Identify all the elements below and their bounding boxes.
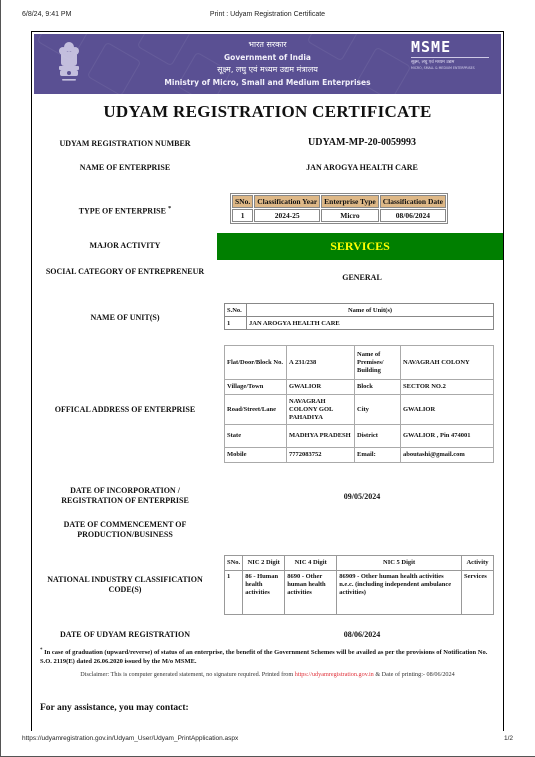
table-cell: 1 xyxy=(232,209,253,222)
print-url: https://udyamregistration.gov.in/Udyam_U… xyxy=(22,735,238,742)
field-label: Mobile xyxy=(225,448,287,463)
disclaimer-prefix: Disclaimer: This is computer generated s… xyxy=(80,671,295,678)
table-row: 1 2024-25 Micro 08/06/2024 xyxy=(232,209,446,222)
enterprise-type-table: SNo. Classification Year Enterprise Type… xyxy=(230,193,448,224)
field-value: A 231/238 xyxy=(287,346,355,380)
ministry-banner: भारत सरकार Government of India सूक्ष्म, … xyxy=(34,34,501,94)
field-label: Village/Town xyxy=(225,380,287,395)
column-header: SNo. xyxy=(232,195,253,208)
table-cell: Services xyxy=(462,571,494,615)
udyam-portal-link[interactable]: https://udyamregistration.gov.in xyxy=(295,671,374,678)
table-cell: 08/06/2024 xyxy=(380,209,446,222)
field-label: Road/Street/Lane xyxy=(225,395,287,425)
english-ministry: Ministry of Micro, Small and Medium Ente… xyxy=(34,77,501,90)
table-cell: 2024-25 xyxy=(254,209,320,222)
table-cell: 86 - Human health activities xyxy=(243,571,285,615)
table-header-row: SNo. Classification Year Enterprise Type… xyxy=(232,195,446,208)
table-row: 1 JAN AROGYA HEALTH CARE xyxy=(225,317,494,330)
print-footer: https://udyamregistration.gov.in/Udyam_U… xyxy=(22,735,513,747)
column-header: Activity xyxy=(462,556,494,571)
table-cell: 86909 - Other human health activities n.… xyxy=(337,571,462,615)
table-header-row: SNo. NIC 2 Digit NIC 4 Digit NIC 5 Digit… xyxy=(225,556,494,571)
table-cell: JAN AROGYA HEALTH CARE xyxy=(247,317,494,330)
graduation-note: * In case of graduation (upward/reverse)… xyxy=(40,646,495,666)
registration-number-value: UDYAM-MP-20-0059993 xyxy=(232,137,492,148)
table-cell: 1 xyxy=(225,571,243,615)
field-value: GWALIOR xyxy=(401,395,494,425)
field-label: City xyxy=(355,395,401,425)
field-value: SECTOR NO.2 xyxy=(401,380,494,395)
udyam-registration-date-label: DATE OF UDYAM REGISTRATION xyxy=(40,630,210,640)
udyam-registration-date-value: 08/06/2024 xyxy=(232,630,492,639)
column-header: NIC 4 Digit xyxy=(285,556,337,571)
units-table: S.No. Name of Unit(s) 1 JAN AROGYA HEALT… xyxy=(224,303,494,330)
assistance-heading: For any assistance, you may contact: xyxy=(40,703,189,713)
table-row: State MADHYA PRADESH District GWALIOR , … xyxy=(225,425,494,448)
column-header: Enterprise Type xyxy=(321,195,379,208)
table-row: Village/Town GWALIOR Block SECTOR NO.2 xyxy=(225,380,494,395)
table-row: Road/Street/Lane NAVAGRAH COLONY GOL PAH… xyxy=(225,395,494,425)
field-label: District xyxy=(355,425,401,448)
social-category-value: GENERAL xyxy=(232,273,492,282)
enterprise-name-value: JAN AROGYA HEALTH CARE xyxy=(232,163,492,172)
logo-divider xyxy=(411,57,489,58)
note-text: In case of graduation (upward/reverse) o… xyxy=(40,649,487,665)
table-row: 1 86 - Human health activities 8690 - Ot… xyxy=(225,571,494,615)
commencement-date-label: DATE OF COMMENCEMENT OF PRODUCTION/BUSIN… xyxy=(40,520,210,540)
asterisk: * xyxy=(168,205,171,212)
field-value: NAVAGRAH COLONY xyxy=(401,346,494,380)
column-header: NIC 5 Digit xyxy=(337,556,462,571)
page-number: 1/2 xyxy=(504,735,513,742)
major-activity-value: SERVICES xyxy=(217,233,503,260)
field-value: 7772083752 xyxy=(287,448,355,463)
registration-number-label: UDYAM REGISTRATION NUMBER xyxy=(40,139,210,149)
field-value: GWALIOR , Pin 474001 xyxy=(401,425,494,448)
table-row: Mobile 7772083752 Email: aboutashi@gmail… xyxy=(225,448,494,463)
field-label: Block xyxy=(355,380,401,395)
units-label: NAME OF UNIT(S) xyxy=(40,313,210,323)
address-label: OFFICAL ADDRESS OF ENTERPRISE xyxy=(40,405,210,415)
incorporation-date-label: DATE OF INCORPORATION / REGISTRATION OF … xyxy=(40,486,210,506)
incorporation-date-value: 09/05/2024 xyxy=(232,492,492,501)
table-cell: Micro xyxy=(321,209,379,222)
nic-table: SNo. NIC 2 Digit NIC 4 Digit NIC 5 Digit… xyxy=(224,555,494,615)
major-activity-label: MAJOR ACTIVITY xyxy=(40,241,210,251)
social-category-label: SOCIAL CATEGORY OF ENTREPRENEUR xyxy=(40,267,210,277)
disclaimer: Disclaimer: This is computer generated s… xyxy=(40,671,495,680)
table-cell: 8690 - Other human health activities xyxy=(285,571,337,615)
field-value: GWALIOR xyxy=(287,380,355,395)
table-cell: 1 xyxy=(225,317,247,330)
field-value: NAVAGRAH COLONY GOL PAHADIYA xyxy=(287,395,355,425)
field-label: Flat/Door/Block No. xyxy=(225,346,287,380)
certificate-title: UDYAM REGISTRATION CERTIFICATE xyxy=(32,102,503,122)
table-header-row: S.No. Name of Unit(s) xyxy=(225,304,494,317)
print-title: Print : Udyam Registration Certificate xyxy=(22,11,513,18)
certificate: भारत सरकार Government of India सूक्ष्म, … xyxy=(31,31,504,731)
field-label: State xyxy=(225,425,287,448)
enterprise-type-label: TYPE OF ENTERPRISE * xyxy=(40,204,210,217)
address-table: Flat/Door/Block No. A 231/238 Name of Pr… xyxy=(224,345,494,463)
msme-logo-mark: MSME xyxy=(411,40,491,55)
nic-label: NATIONAL INDUSTRY CLASSIFICATION CODE(S) xyxy=(40,575,210,595)
print-header: 6/8/24, 9:41 PM Print : Udyam Registrati… xyxy=(22,11,513,23)
column-header: Classification Date xyxy=(380,195,446,208)
enterprise-name-label: NAME OF ENTERPRISE xyxy=(40,163,210,173)
column-header: S.No. xyxy=(225,304,247,317)
msme-logo-english: MICRO, SMALL & MEDIUM ENTERPRISES xyxy=(411,66,491,71)
enterprise-type-label-text: TYPE OF ENTERPRISE xyxy=(79,207,166,216)
field-label: Name of Premises/ Building xyxy=(355,346,401,380)
column-header: SNo. xyxy=(225,556,243,571)
note-marker: * xyxy=(40,648,43,653)
field-value: MADHYA PRADESH xyxy=(287,425,355,448)
column-header: Classification Year xyxy=(254,195,320,208)
disclaimer-suffix: & Date of printing:- 08/06/2024 xyxy=(374,671,455,678)
field-value: aboutashi@gmail.com xyxy=(401,448,494,463)
msme-logo: MSME सूक्ष्म, लघु एवं मध्यम उद्यम MICRO,… xyxy=(411,40,491,71)
column-header: Name of Unit(s) xyxy=(247,304,494,317)
field-label: Email: xyxy=(355,448,401,463)
table-row: Flat/Door/Block No. A 231/238 Name of Pr… xyxy=(225,346,494,380)
column-header: NIC 2 Digit xyxy=(243,556,285,571)
